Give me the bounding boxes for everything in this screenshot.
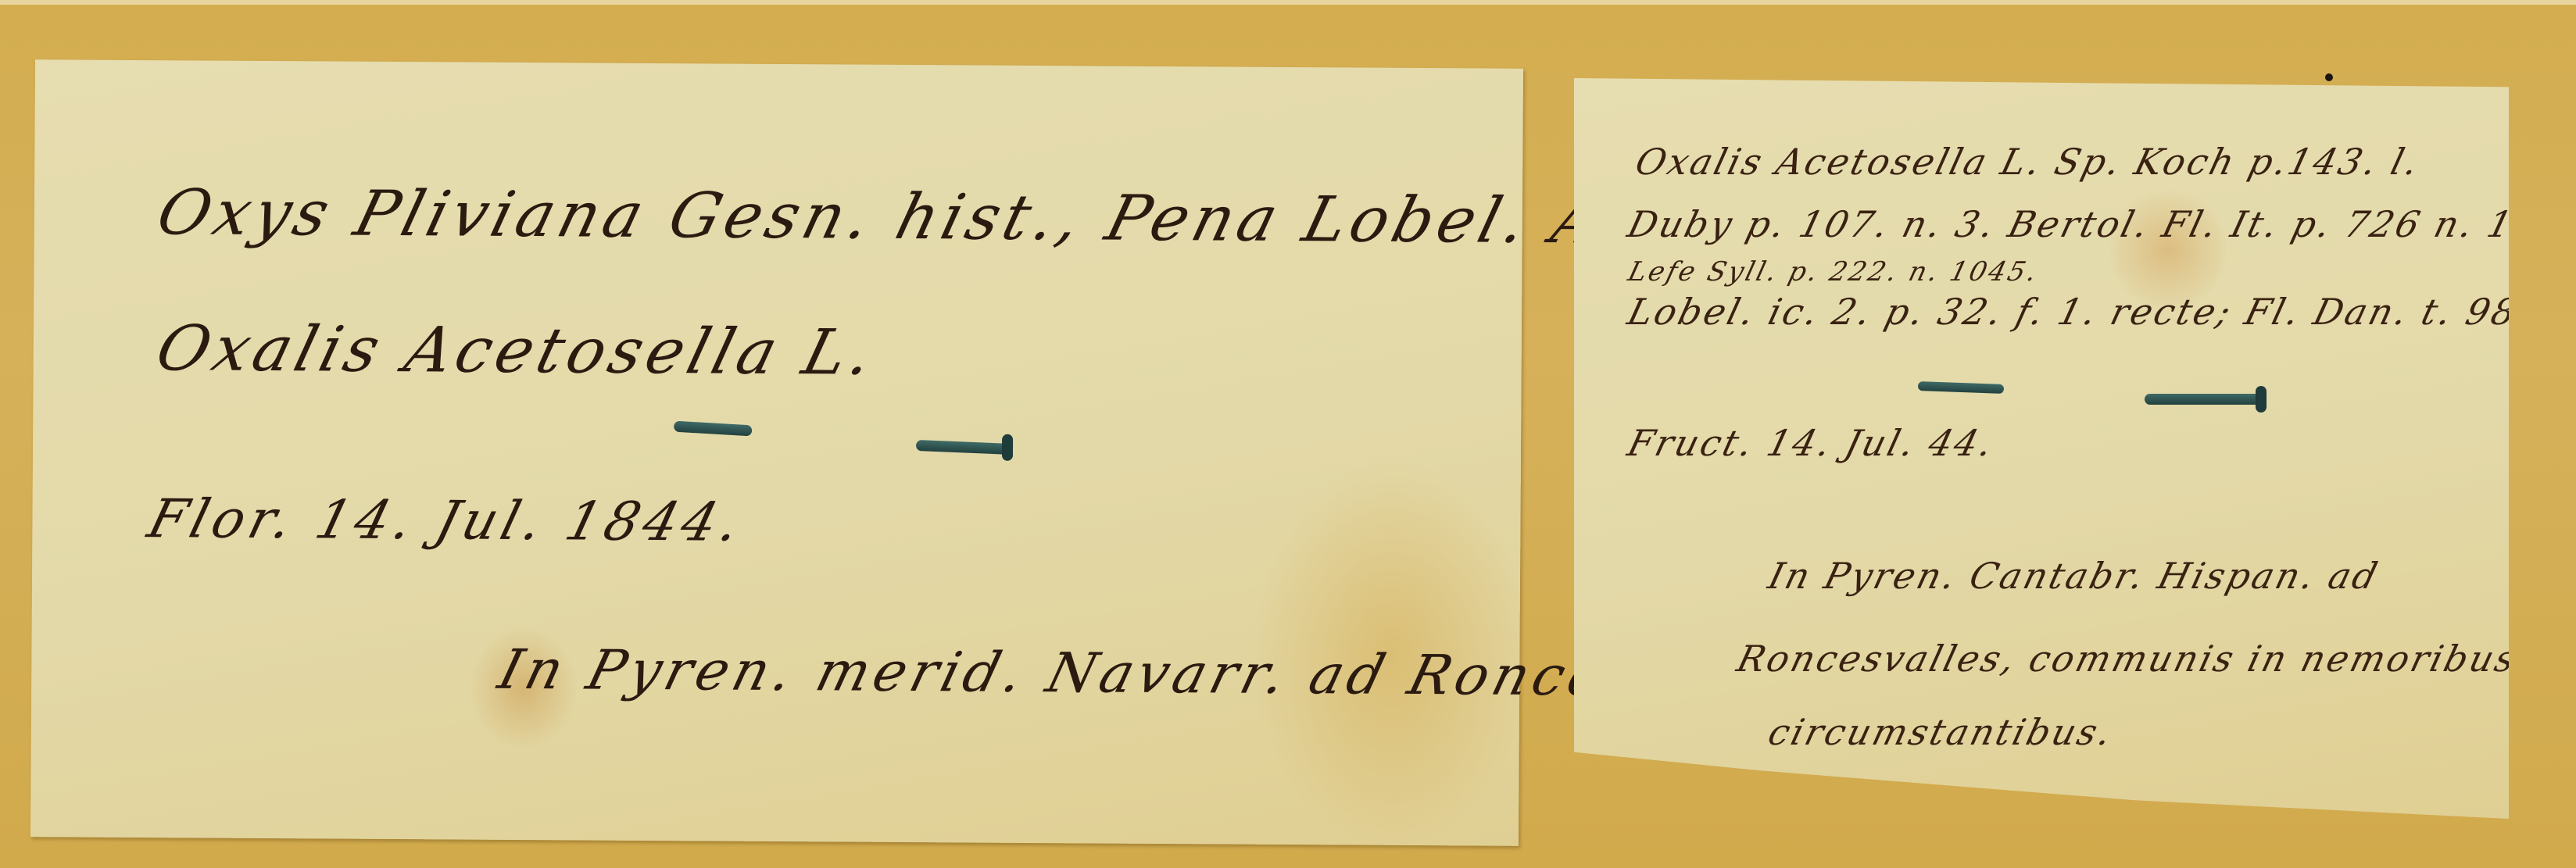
pin-icon <box>916 440 1010 455</box>
pin-head-icon <box>2256 386 2267 413</box>
label-line: In Pyren. Cantabr. Hispan. ad <box>1764 555 2384 597</box>
label-line: Oxalis Acetosella L. <box>149 312 885 388</box>
label-line: Lefe Syll. p. 222. n. 1045. <box>1625 256 2042 288</box>
label-line: Fruct. 14. Jul. 44. <box>1623 422 1998 464</box>
herbarium-label-right: Oxalis Acetosella L. Sp. Koch p.143. l. … <box>1574 78 2509 819</box>
label-line: Lobel. ic. 2. p. 32. f. 1. recte; Fl. Da… <box>1623 291 2576 333</box>
pin-head-icon <box>1002 434 1013 461</box>
label-line: Oxalis Acetosella L. Sp. Koch p.143. l. <box>1631 141 2424 183</box>
herbarium-label-left: Oxys Pliviana Gesn. hist., Pena Lobel. A… <box>30 59 1523 846</box>
pin-tip-icon <box>674 421 753 437</box>
board-pinhole <box>2325 73 2333 81</box>
pin-tip-icon <box>1918 381 2004 394</box>
label-line: Duby p. 107. n. 3. Bertol. Fl. It. p. 72… <box>1623 203 2576 245</box>
label-line: circumstantibus. <box>1764 711 2118 753</box>
label-line: Flor. 14. Jul. 1844. <box>141 488 750 554</box>
label-line: Roncesvalles, communis in nemoribus <box>1733 638 2521 680</box>
board-top-edge <box>0 0 2576 5</box>
pin-icon <box>2145 394 2262 405</box>
